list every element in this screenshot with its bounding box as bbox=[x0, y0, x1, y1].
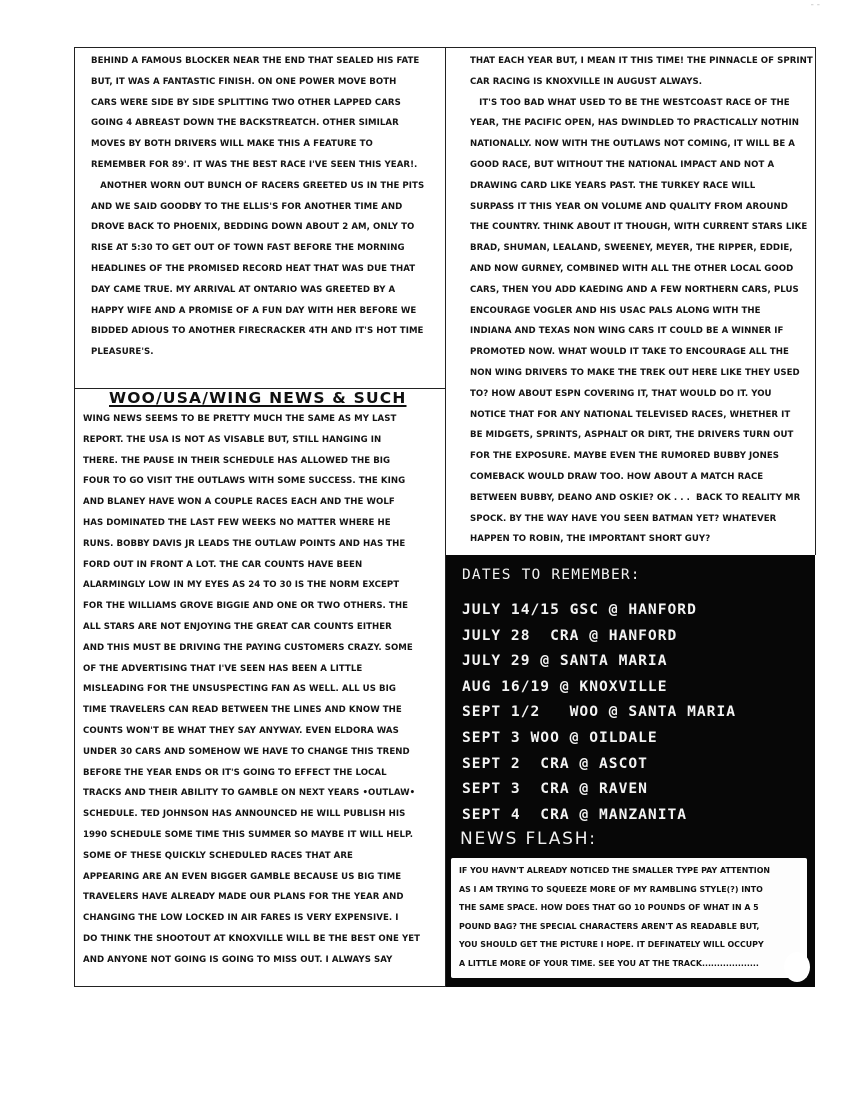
text-line: BEFORE THE YEAR ENDS OR IT'S GOING TO EF… bbox=[83, 763, 420, 784]
top-article: BEHIND A FAMOUS BLOCKER NEAR THE END THA… bbox=[91, 51, 424, 363]
news-flash-text: IF YOU HAVN'T ALREADY NOTICED THE SMALLE… bbox=[459, 862, 770, 973]
text-line: HAPPEN TO ROBIN, THE IMPORTANT SHORT GUY… bbox=[470, 529, 813, 550]
text-line: FOR THE EXPOSURE. MAYBE EVEN THE RUMORED… bbox=[470, 446, 813, 467]
text-line: YEAR, THE PACIFIC OPEN, HAS DWINDLED TO … bbox=[470, 113, 813, 134]
text-line: NATIONALLY. NOW WITH THE OUTLAWS NOT COM… bbox=[470, 134, 813, 155]
date-item: JULY 28 CRA @ HANFORD bbox=[462, 623, 736, 649]
text-line: CHANGING THE LOW LOCKED IN AIR FARES IS … bbox=[83, 908, 420, 929]
text-line: MISLEADING FOR THE UNSUSPECTING FAN AS W… bbox=[83, 679, 420, 700]
text-line: TRACKS AND THEIR ABILITY TO GAMBLE ON NE… bbox=[83, 783, 420, 804]
text-line: FORD OUT IN FRONT A LOT. THE CAR COUNTS … bbox=[83, 555, 420, 576]
text-line: SCHEDULE. TED JOHNSON HAS ANNOUNCED HE W… bbox=[83, 804, 420, 825]
text-line: CAR RACING IS KNOXVILLE IN AUGUST ALWAYS… bbox=[470, 72, 813, 93]
date-item: AUG 16/19 @ KNOXVILLE bbox=[462, 674, 736, 700]
right-column: THAT EACH YEAR BUT, I MEAN IT THIS TIME!… bbox=[446, 47, 816, 555]
text-line: PLEASURE'S. bbox=[91, 342, 424, 363]
text-line: AND ANYONE NOT GOING IS GOING TO MISS OU… bbox=[83, 950, 420, 971]
text-line: NOTICE THAT FOR ANY NATIONAL TELEVISED R… bbox=[470, 405, 813, 426]
text-line: AND WE SAID GOODBY TO THE ELLIS'S FOR AN… bbox=[91, 197, 424, 218]
text-line: SPOCK. BY THE WAY HAVE YOU SEEN BATMAN Y… bbox=[470, 509, 813, 530]
text-line: UNDER 30 CARS AND SOMEHOW WE HAVE TO CHA… bbox=[83, 742, 420, 763]
text-line: APPEARING ARE AN EVEN BIGGER GAMBLE BECA… bbox=[83, 867, 420, 888]
text-line: AND THIS MUST BE DRIVING THE PAYING CUST… bbox=[83, 638, 420, 659]
right-article: THAT EACH YEAR BUT, I MEAN IT THIS TIME!… bbox=[470, 51, 813, 550]
text-line: DAY CAME TRUE. MY ARRIVAL AT ONTARIO WAS… bbox=[91, 280, 424, 301]
text-line: HAS DOMINATED THE LAST FEW WEEKS NO MATT… bbox=[83, 513, 420, 534]
text-line: REPORT. THE USA IS NOT AS VISABLE BUT, S… bbox=[83, 430, 420, 451]
text-line: BRAD, SHUMAN, LEALAND, SWEENEY, MEYER, T… bbox=[470, 238, 813, 259]
text-line: ENCOURAGE VOGLER AND HIS USAC PALS ALONG… bbox=[470, 301, 813, 322]
dates-title: DATES TO REMEMBER: bbox=[462, 567, 641, 583]
text-line: ANOTHER WORN OUT BUNCH OF RACERS GREETED… bbox=[91, 176, 424, 197]
text-line: A LITTLE MORE OF YOUR TIME. SEE YOU AT T… bbox=[459, 955, 770, 974]
text-line: POUND BAG? THE SPECIAL CHARACTERS AREN'T… bbox=[459, 918, 770, 937]
text-line: BIDDED ADIOUS TO ANOTHER FIRECRACKER 4TH… bbox=[91, 321, 424, 342]
date-item: SEPT 1/2 WOO @ SANTA MARIA bbox=[462, 699, 736, 725]
left-column: BEHIND A FAMOUS BLOCKER NEAR THE END THA… bbox=[74, 47, 446, 987]
text-line: COMEBACK WOULD DRAW TOO. HOW ABOUT A MAT… bbox=[470, 467, 813, 488]
text-line: PROMOTED NOW. WHAT WOULD IT TAKE TO ENCO… bbox=[470, 342, 813, 363]
text-line: AND NOW GURNEY, COMBINED WITH ALL THE OT… bbox=[470, 259, 813, 280]
date-item: SEPT 3 WOO @ OILDALE bbox=[462, 725, 736, 751]
date-item: SEPT 2 CRA @ ASCOT bbox=[462, 751, 736, 777]
text-line: YOU SHOULD GET THE PICTURE I HOPE. IT DE… bbox=[459, 936, 770, 955]
text-line: TIME TRAVELERS CAN READ BETWEEN THE LINE… bbox=[83, 700, 420, 721]
text-line: AS I AM TRYING TO SQUEEZE MORE OF MY RAM… bbox=[459, 881, 770, 900]
text-line: TRAVELERS HAVE ALREADY MADE OUR PLANS FO… bbox=[83, 887, 420, 908]
text-line: COUNTS WON'T BE WHAT THEY SAY ANYWAY. EV… bbox=[83, 721, 420, 742]
text-line: BUT, IT WAS A FANTASTIC FINISH. ON ONE P… bbox=[91, 72, 424, 93]
text-line: ALARMINGLY LOW IN MY EYES AS 24 TO 30 IS… bbox=[83, 575, 420, 596]
text-line: THE COUNTRY. THINK ABOUT IT THOUGH, WITH… bbox=[470, 217, 813, 238]
text-line: THAT EACH YEAR BUT, I MEAN IT THIS TIME!… bbox=[470, 51, 813, 72]
text-line: INDIANA AND TEXAS NON WING CARS IT COULD… bbox=[470, 321, 813, 342]
date-item: JULY 29 @ SANTA MARIA bbox=[462, 648, 736, 674]
text-line: DRAWING CARD LIKE YEARS PAST. THE TURKEY… bbox=[470, 176, 813, 197]
text-line: DO THINK THE SHOOTOUT AT KNOXVILLE WILL … bbox=[83, 929, 420, 950]
text-line: WING NEWS SEEMS TO BE PRETTY MUCH THE SA… bbox=[83, 409, 420, 430]
date-item: JULY 14/15 GSC @ HANFORD bbox=[462, 597, 736, 623]
text-line: SOME OF THESE QUICKLY SCHEDULED RACES TH… bbox=[83, 846, 420, 867]
news-flash-title: NEWS FLASH: bbox=[460, 829, 597, 849]
text-line: 1990 SCHEDULE SOME TIME THIS SUMMER SO M… bbox=[83, 825, 420, 846]
text-line: BE MIDGETS, SPRINTS, ASPHALT OR DIRT, TH… bbox=[470, 425, 813, 446]
text-line: SURPASS IT THIS YEAR ON VOLUME AND QUALI… bbox=[470, 197, 813, 218]
text-line: BETWEEN BUBBY, DEANO AND OSKIE? OK . . .… bbox=[470, 488, 813, 509]
text-line: BEHIND A FAMOUS BLOCKER NEAR THE END THA… bbox=[91, 51, 424, 72]
dates-to-remember-box: DATES TO REMEMBER: JULY 14/15 GSC @ HANF… bbox=[446, 555, 815, 987]
text-line: CARS, THEN YOU ADD KAEDING AND A FEW NOR… bbox=[470, 280, 813, 301]
text-line: DROVE BACK TO PHOENIX, BEDDING DOWN ABOU… bbox=[91, 217, 424, 238]
text-line: HEADLINES OF THE PROMISED RECORD HEAT TH… bbox=[91, 259, 424, 280]
text-line: AND BLANEY HAVE WON A COUPLE RACES EACH … bbox=[83, 492, 420, 513]
text-line: IF YOU HAVN'T ALREADY NOTICED THE SMALLE… bbox=[459, 862, 770, 881]
text-line: MOVES BY BOTH DRIVERS WILL MAKE THIS A F… bbox=[91, 134, 424, 155]
news-flash-box: IF YOU HAVN'T ALREADY NOTICED THE SMALLE… bbox=[451, 858, 807, 978]
section-heading: WOO/USA/WING NEWS & SUCH bbox=[109, 389, 407, 407]
news-article: WING NEWS SEEMS TO BE PRETTY MUCH THE SA… bbox=[83, 409, 420, 971]
text-line: FOR THE WILLIAMS GROVE BIGGIE AND ONE OR… bbox=[83, 596, 420, 617]
text-line: GOING 4 ABREAST DOWN THE BACKSTREATCH. O… bbox=[91, 113, 424, 134]
punch-hole-artifact bbox=[784, 952, 810, 982]
date-item: SEPT 4 CRA @ MANZANITA bbox=[462, 802, 736, 828]
text-line: RISE AT 5:30 TO GET OUT OF TOWN FAST BEF… bbox=[91, 238, 424, 259]
scan-artifact: - - bbox=[811, 0, 820, 10]
text-line: THERE. THE PAUSE IN THEIR SCHEDULE HAS A… bbox=[83, 451, 420, 472]
date-item: SEPT 3 CRA @ RAVEN bbox=[462, 776, 736, 802]
text-line: NON WING DRIVERS TO MAKE THE TREK OUT HE… bbox=[470, 363, 813, 384]
text-line: FOUR TO GO VISIT THE OUTLAWS WITH SOME S… bbox=[83, 471, 420, 492]
text-line: REMEMBER FOR 89'. IT WAS THE BEST RACE I… bbox=[91, 155, 424, 176]
text-line: IT'S TOO BAD WHAT USED TO BE THE WESTCOA… bbox=[470, 93, 813, 114]
newsletter-page: - - BEHIND A FAMOUS BLOCKER NEAR THE END… bbox=[0, 0, 850, 1100]
text-line: GOOD RACE, BUT WITHOUT THE NATIONAL IMPA… bbox=[470, 155, 813, 176]
text-line: ALL STARS ARE NOT ENJOYING THE GREAT CAR… bbox=[83, 617, 420, 638]
text-line: OF THE ADVERTISING THAT I'VE SEEN HAS BE… bbox=[83, 659, 420, 680]
text-line: RUNS. BOBBY DAVIS JR LEADS THE OUTLAW PO… bbox=[83, 534, 420, 555]
dates-list: JULY 14/15 GSC @ HANFORD JULY 28 CRA @ H… bbox=[462, 597, 736, 827]
text-line: TO? HOW ABOUT ESPN COVERING IT, THAT WOU… bbox=[470, 384, 813, 405]
text-line: HAPPY WIFE AND A PROMISE OF A FUN DAY WI… bbox=[91, 301, 424, 322]
text-line: CARS WERE SIDE BY SIDE SPLITTING TWO OTH… bbox=[91, 93, 424, 114]
text-line: THE SAME SPACE. HOW DOES THAT GO 10 POUN… bbox=[459, 899, 770, 918]
